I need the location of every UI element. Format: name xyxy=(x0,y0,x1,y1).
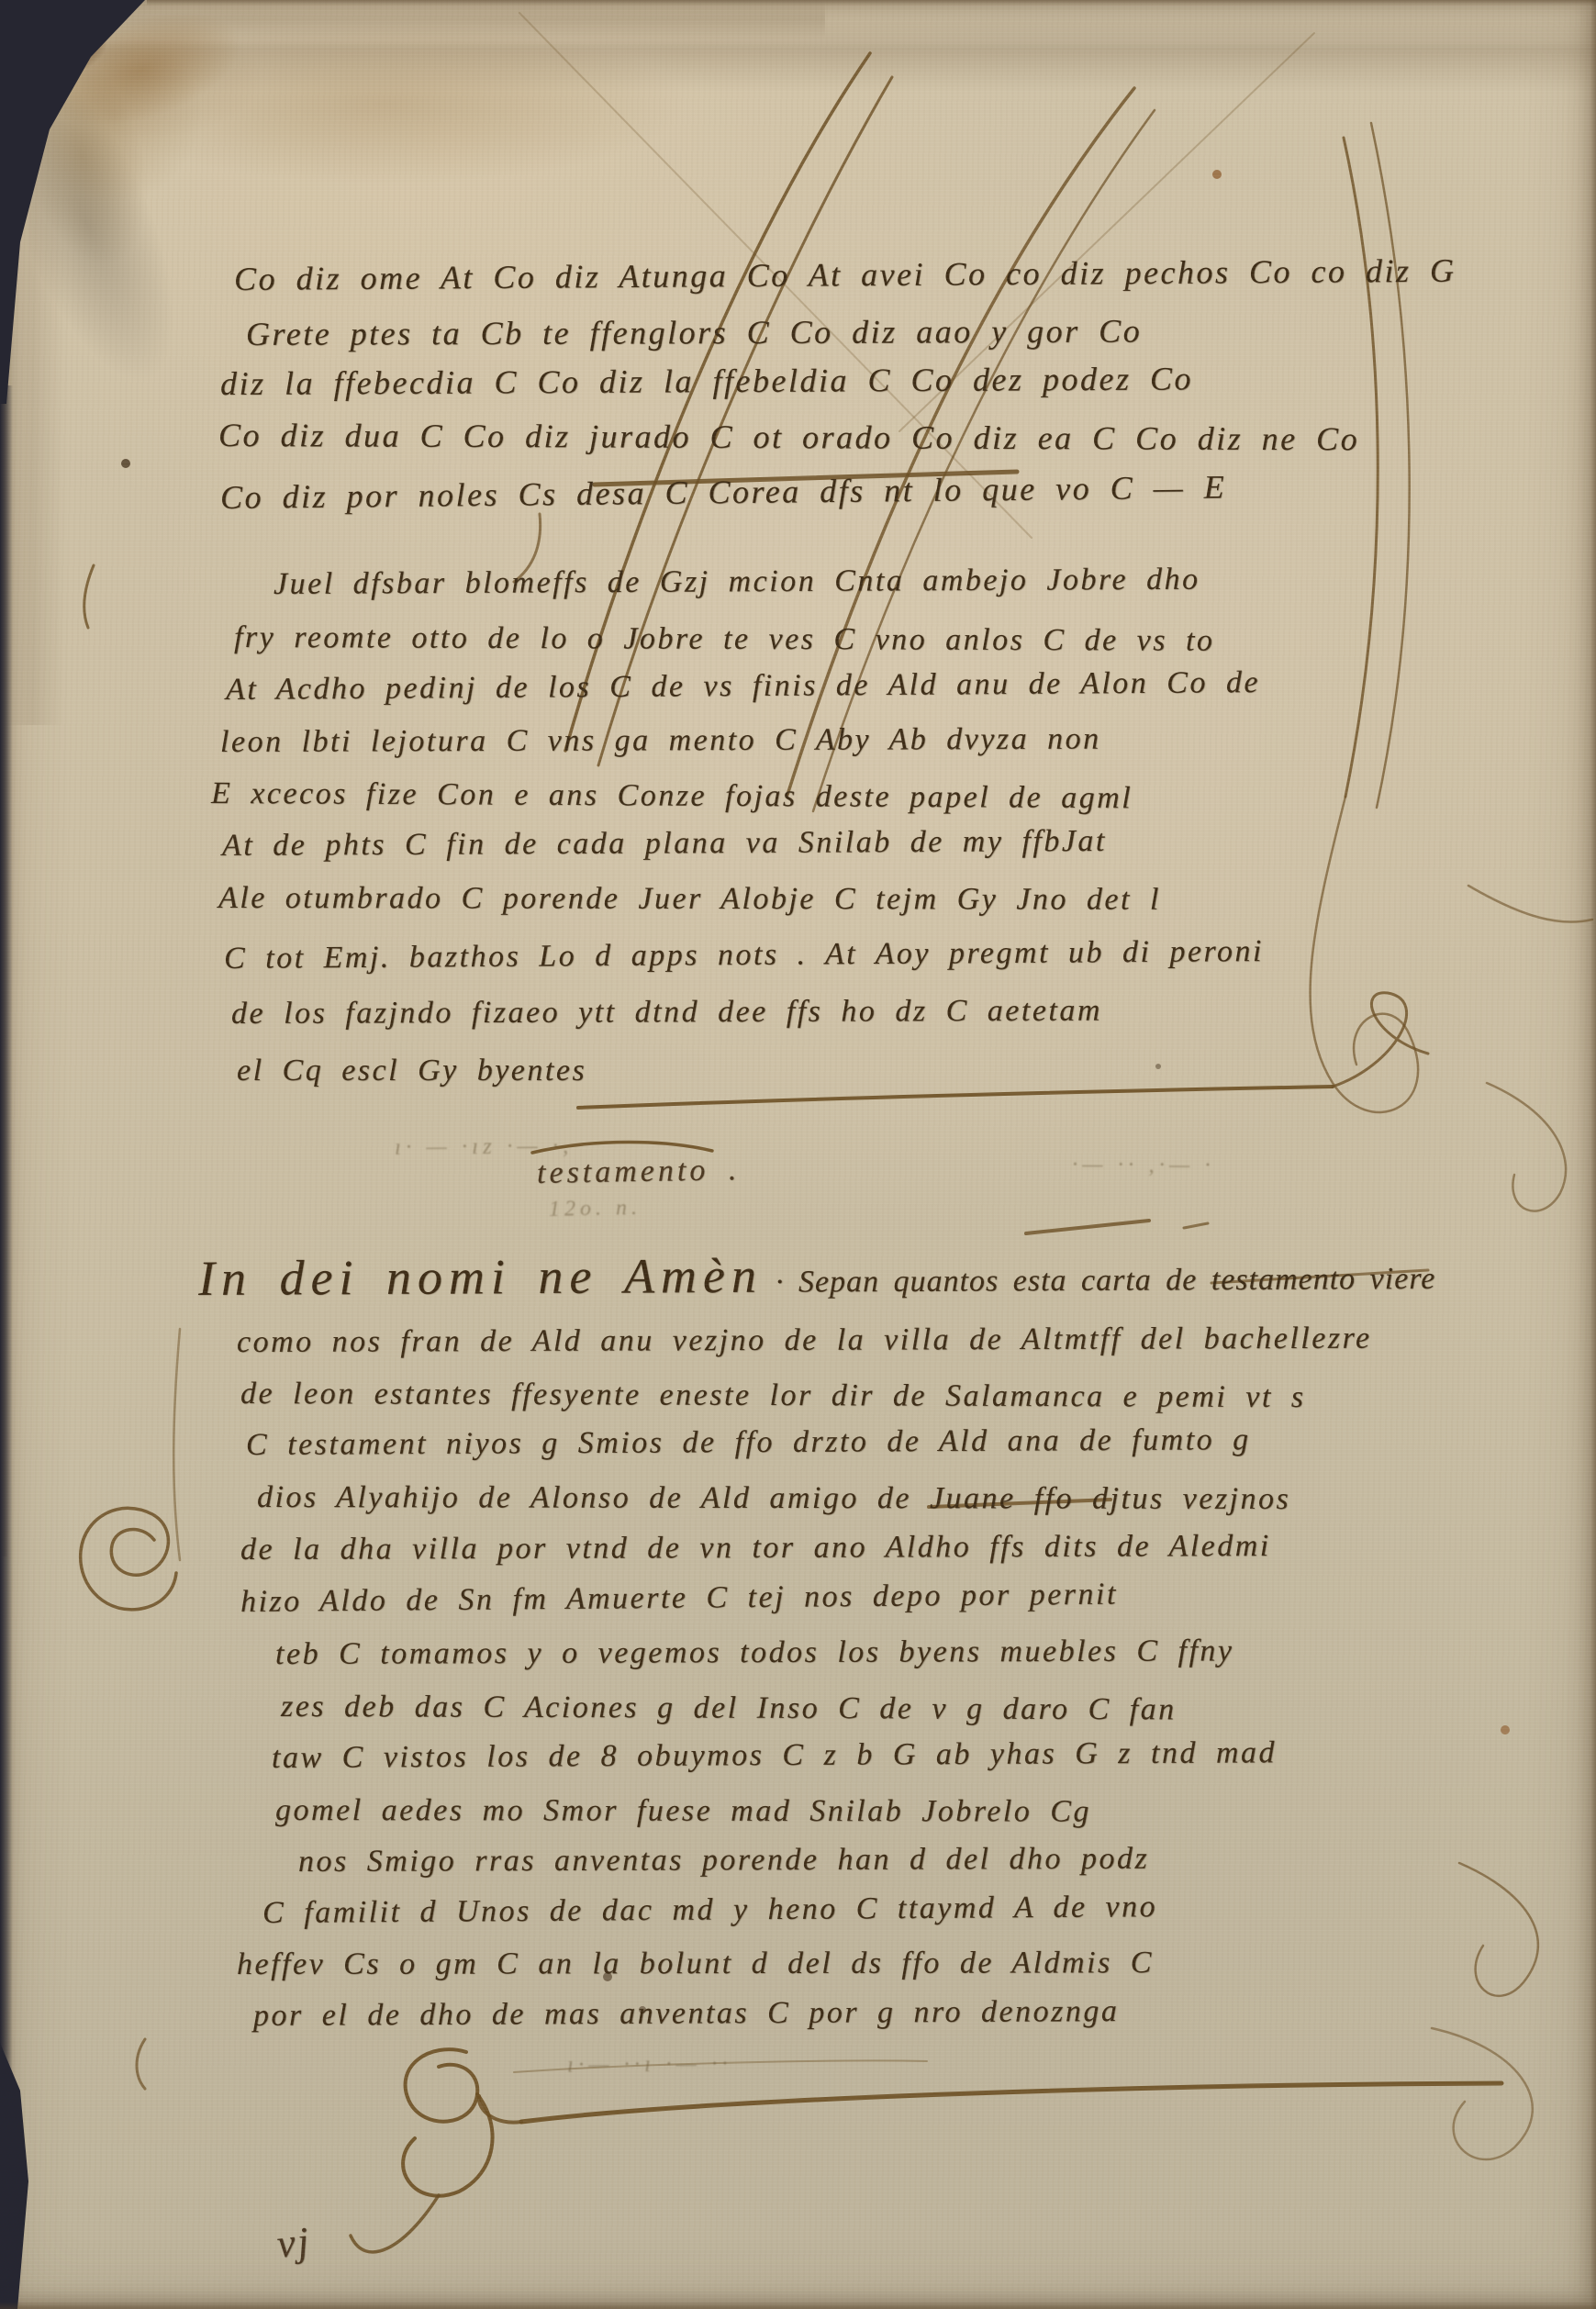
stain-top-right-rust xyxy=(0,0,104,50)
manuscript-line: Juel dfsbar blomeffs de Gzj mcion Cnta a… xyxy=(273,564,1200,600)
manuscript-line: de la dha villa por vtnd de vn tor ano A… xyxy=(240,1531,1271,1566)
notary-paraph-tail xyxy=(351,2195,439,2252)
fold-crease-horizontal-right xyxy=(0,0,825,39)
stain-yellow-spot xyxy=(0,0,46,64)
margin-hook-bottom xyxy=(137,2039,145,2089)
margin-slash-mark xyxy=(84,565,94,628)
flourish-top-right-curve-2 xyxy=(1371,123,1410,808)
manuscript-line: Grete ptes ta Cb te ffenglors C Co diz a… xyxy=(246,315,1142,351)
manuscript-line: C tot Emj. bazthos Lo d apps nots . At A… xyxy=(224,936,1264,975)
right-loop-fold xyxy=(1487,1083,1566,1211)
right-loop-lower-2 xyxy=(1432,2028,1533,2159)
notary-paraph-bottom-loop xyxy=(403,2094,492,2196)
manuscript-line: Co diz dua C Co diz jurado C ot orado Co… xyxy=(218,418,1359,455)
stain-bottom-wide xyxy=(0,0,771,207)
manuscript-line: fry reomte otto de lo o Jobre te ves C v… xyxy=(234,622,1215,657)
manuscript-line: Co diz por noles Cs desa C Corea dfs nt … xyxy=(220,471,1227,514)
stain-top-left-streak xyxy=(0,0,205,329)
closing-rule xyxy=(521,2083,1501,2122)
stain-top-left-smudge xyxy=(0,0,299,178)
manuscript-line: como nos fran de Ald anu vezjno de la vi… xyxy=(237,1323,1372,1358)
folio-mark: vj xyxy=(275,2221,313,2265)
fold-crease-horizontal xyxy=(0,0,1596,92)
manuscript-line: Ale otumbrado C porende Juer Alobje C te… xyxy=(218,883,1161,916)
section-heading-testamento: testamento . xyxy=(537,1154,741,1189)
crease-vertical-mid xyxy=(0,0,5,161)
manuscript-line: C testament niyos g Smios de ffo drzto d… xyxy=(246,1424,1251,1461)
ink-speck-4 xyxy=(1212,170,1222,179)
notary-paraph-top-loop xyxy=(406,2049,478,2122)
right-loop-lower-1 xyxy=(1459,1863,1538,1996)
stain-top-right-rust-2 xyxy=(0,0,44,88)
manuscript-line: C familit d Unos de dac md y heno C ttay… xyxy=(262,1891,1157,1929)
tilde-dash-1 xyxy=(1026,1221,1149,1233)
manuscript-line: At de phts C fin de cada plana va Snilab… xyxy=(222,826,1107,862)
manuscript-line: dios Alyahijo de Alonso de Ald amigo de … xyxy=(257,1482,1290,1515)
manuscript-line: diz la ffebecdia C Co diz la ffebeldia C… xyxy=(220,362,1193,400)
manuscript-line: zes deb das C Aciones g del Inso C de v … xyxy=(281,1691,1177,1725)
manuscript-line: de leon estantes ffesyente eneste lor di… xyxy=(240,1378,1306,1413)
crease-vertical-top xyxy=(0,0,64,725)
ink-speck-5 xyxy=(1501,1725,1510,1735)
show-through-marks: ı·— ··ı ·— ·· xyxy=(567,2051,732,2078)
invocation-continuation-text: · Sepan quantos esta carta de testamento… xyxy=(776,1262,1436,1300)
margin-vertical-stroke xyxy=(173,1329,180,1560)
manuscript-line: el Cq escl Gy byentes xyxy=(237,1055,586,1087)
tilde-dash-2 xyxy=(1184,1223,1208,1228)
show-through-marks: ı· — ·ız ·— ·, xyxy=(395,1133,574,1161)
invocation-line: In dei nomi ne Amèn· Sepan quantos esta … xyxy=(198,1247,1436,1303)
flourish-right-margin-loop xyxy=(1311,797,1419,1112)
faded-note-under-heading: 12o. n. xyxy=(549,1196,642,1222)
manuscript-line: de los fazjndo fizaeo ytt dtnd dee ffs h… xyxy=(231,996,1102,1030)
manuscript-line: heffev Cs o gm C an la bolunt d del ds f… xyxy=(237,1947,1154,1980)
manuscript-line: hizo Aldo de Sn fm Amuerte C tej nos dep… xyxy=(240,1579,1118,1618)
right-loop-mid xyxy=(1468,886,1592,922)
closing-rule-hook xyxy=(479,2096,521,2123)
tear-hole-right-edge xyxy=(0,0,119,83)
manuscript-line: gomel aedes mo Smor fuese mad Snilab Job… xyxy=(275,1795,1091,1828)
invocation-large-text: In dei nomi ne Amèn xyxy=(198,1248,763,1306)
flourish-top-right-curve-1 xyxy=(1344,138,1378,797)
manuscript-line: por el de dho de mas anventas C por g nr… xyxy=(253,1996,1119,2032)
ink-speck-3 xyxy=(1155,1064,1161,1069)
flourish-top-mid-curve-2 xyxy=(813,110,1155,811)
stain-speckle-patch xyxy=(0,0,252,466)
manuscript-line: E xcecos fize Con e ans Conze fojas dest… xyxy=(211,778,1133,814)
manuscript-line: Co diz ome At Co diz Atunga Co At avei C… xyxy=(234,254,1456,296)
manuscript-line: At Acdho pedinj de los C de vs finis de … xyxy=(226,667,1260,706)
manuscript-photo: { "document": { "heading": "testamento .… xyxy=(0,0,1596,2309)
ink-dot-margin xyxy=(121,459,130,468)
margin-spiral-paraph xyxy=(81,1508,176,1610)
stain-left-edge-mid xyxy=(0,0,87,64)
block1-closing-leaf xyxy=(1333,993,1428,1087)
stain-bottom-mid xyxy=(0,0,294,156)
manuscript-line: leon lbti lejotura C vns ga mento C Aby … xyxy=(220,724,1101,758)
parchment-page: Co diz ome At Co diz Atunga Co At avei C… xyxy=(0,0,1596,2309)
show-through-marks: ·— ·· ,·— · xyxy=(1072,1153,1215,1179)
stain-bottom-left xyxy=(0,0,229,229)
manuscript-line: taw C vistos los de 8 obuymos C z b G ab… xyxy=(272,1737,1277,1774)
block1-closing-rule xyxy=(578,1087,1333,1108)
manuscript-line: nos Smigo rras anventas porende han d de… xyxy=(298,1844,1149,1878)
manuscript-line: teb C tomamos y o vegemos todos los byen… xyxy=(275,1635,1234,1670)
crease-vertical-right xyxy=(0,0,8,1556)
